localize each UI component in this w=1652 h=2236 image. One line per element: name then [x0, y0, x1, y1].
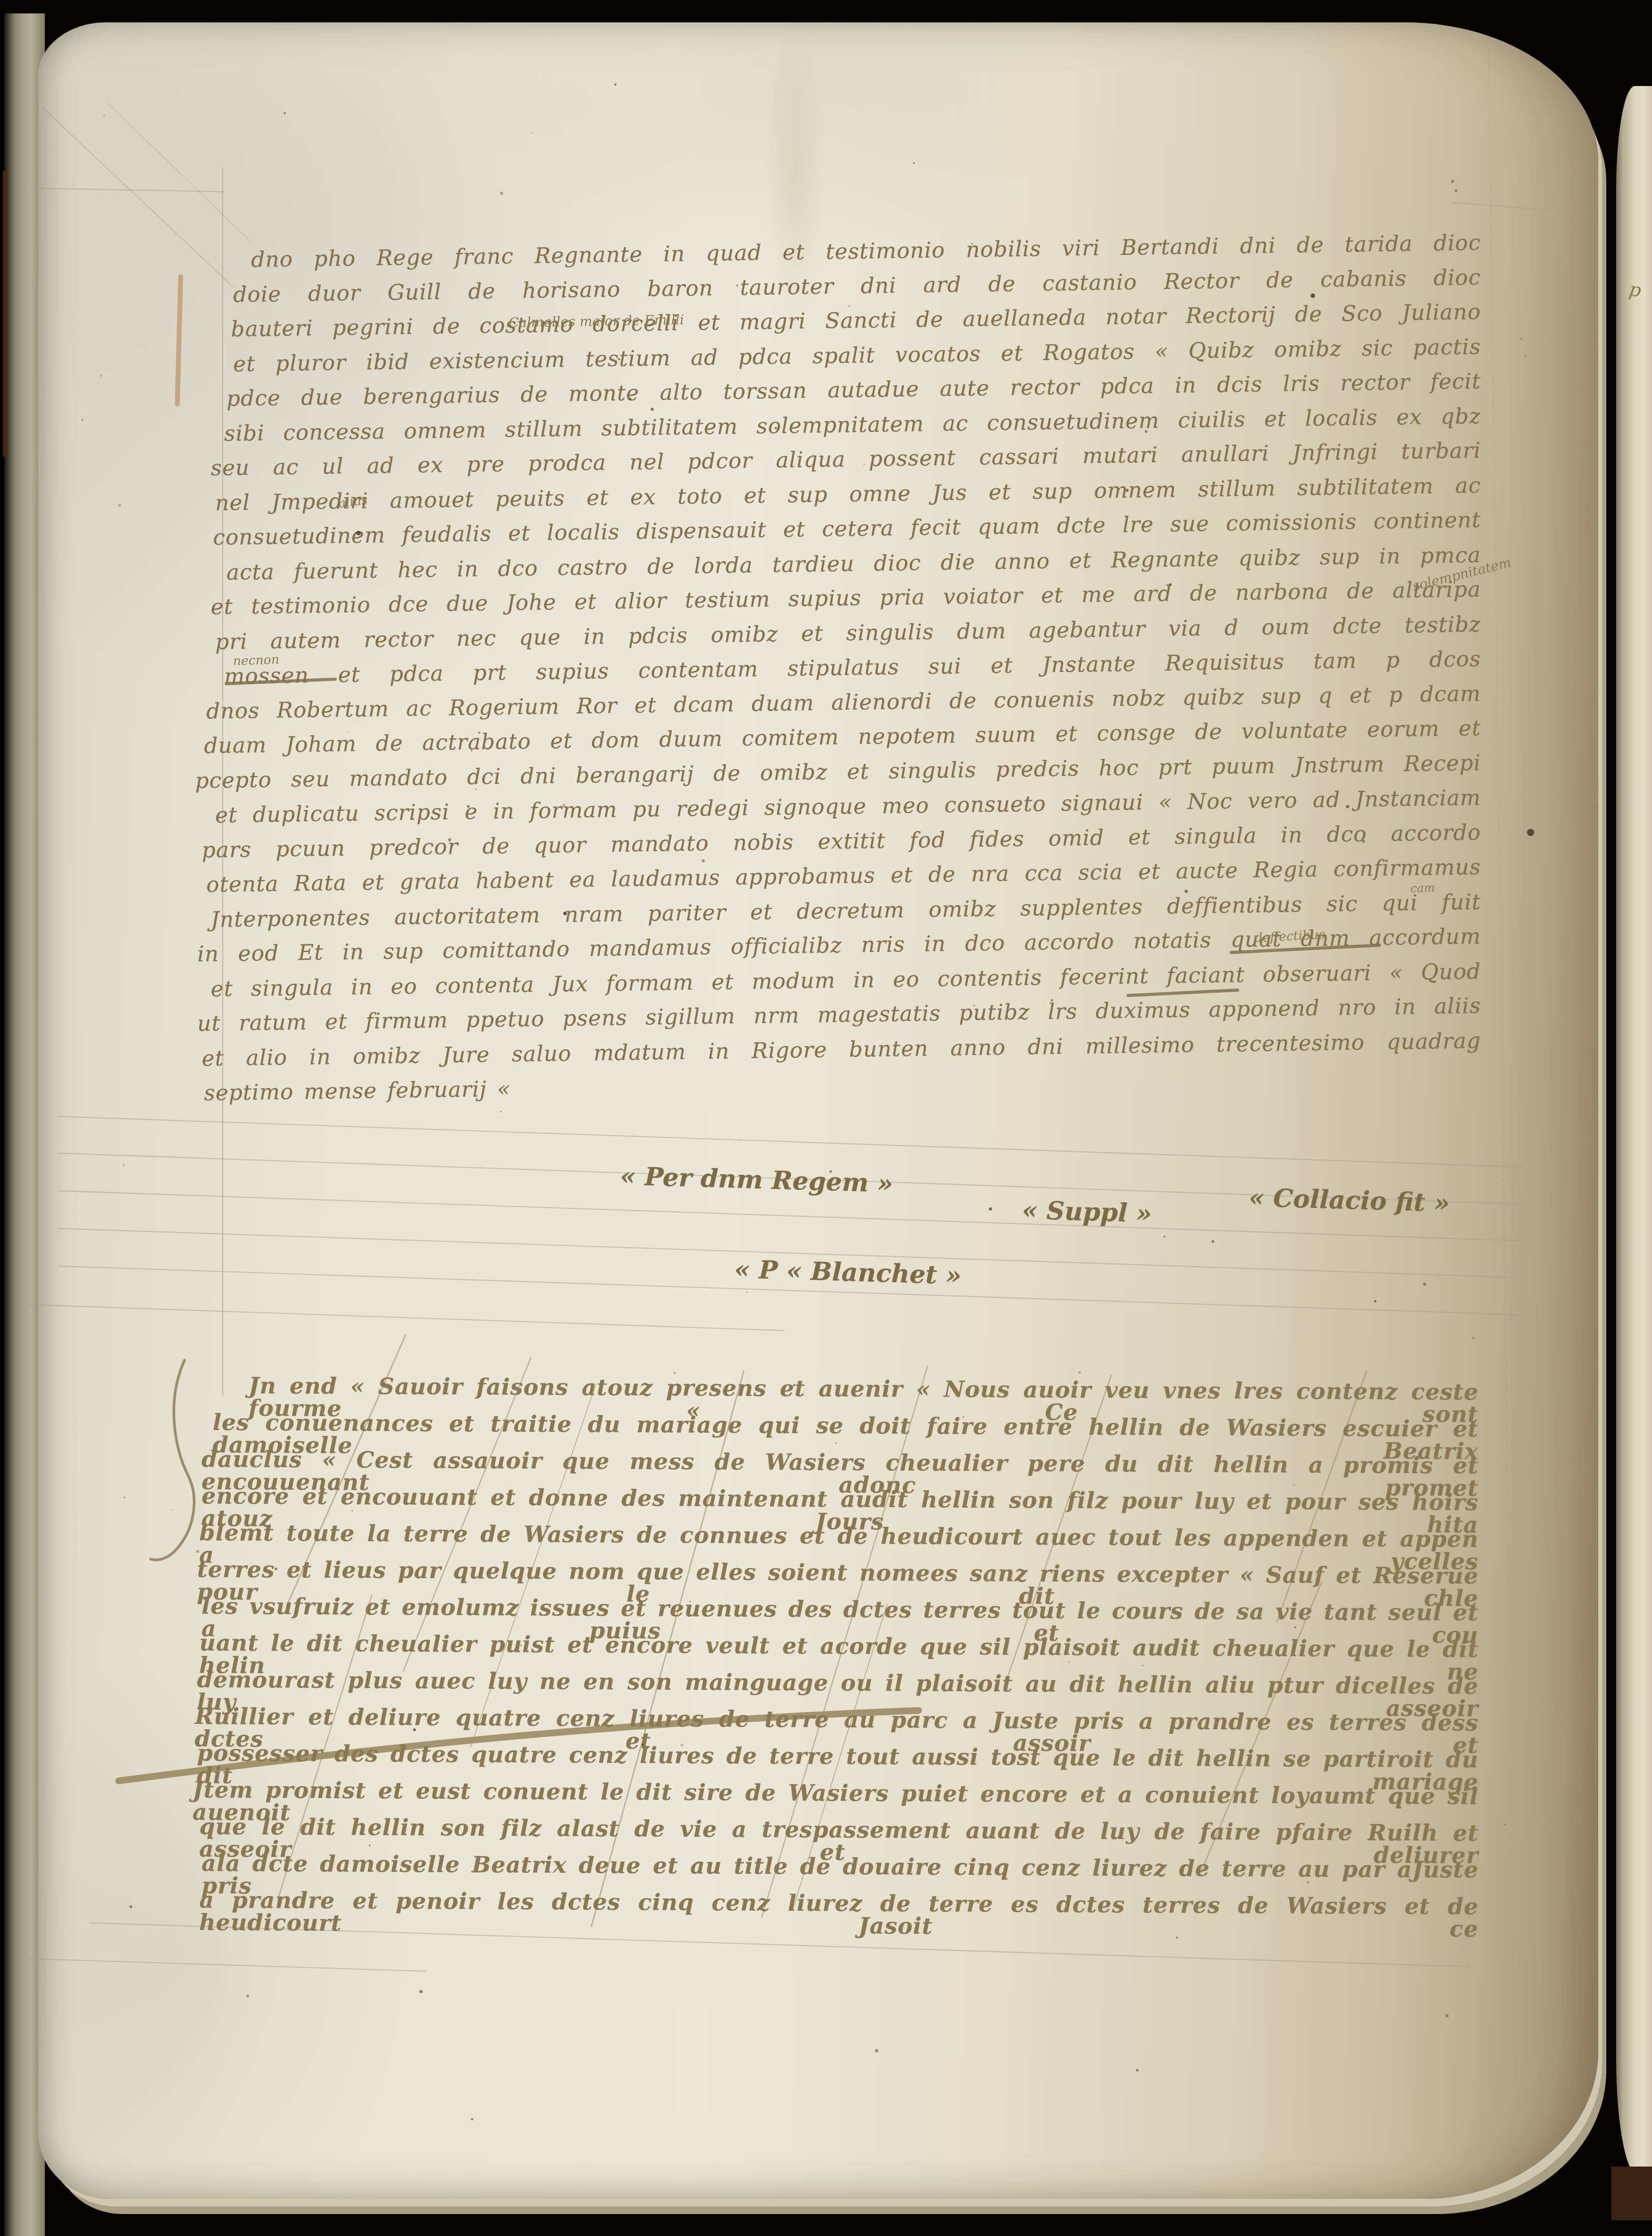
parchment-speck: [124, 1497, 125, 1498]
parchment-speck: [369, 1844, 371, 1846]
chancery-subscription: « Collacio fit »: [1248, 1183, 1450, 1218]
parchment-speck: [1525, 355, 1527, 357]
facing-page-edge: [1616, 86, 1652, 2176]
ink-blot: [1311, 293, 1315, 298]
ink-blot: [1527, 829, 1534, 836]
parchment-speck: [673, 1372, 676, 1374]
parchment-speck: [875, 2049, 878, 2052]
photo-scene: dno pho Rege franc Regnante in quad et t…: [0, 0, 1652, 2236]
parchment-speck: [1169, 583, 1172, 586]
parchment-speck: [702, 859, 705, 862]
chancery-subscription: « P « Blanchet »: [734, 1254, 962, 1290]
parchment-speck: [642, 1744, 643, 1745]
parchment-speck: [474, 740, 476, 741]
parchment-speck: [1356, 250, 1358, 252]
parchment-speck: [913, 162, 914, 164]
parchment-speck: [520, 1645, 522, 1646]
french-entry-line: a prandre et penoir les dctes cinq cenz …: [199, 1889, 1478, 1940]
parchment-speck: [1362, 840, 1365, 843]
parchment-speck: [118, 504, 121, 507]
binding-red-edge: [3, 170, 7, 457]
parchment-speck: [1068, 1661, 1070, 1663]
parchment-speck: [978, 1609, 980, 1611]
parchment-speck: [1520, 338, 1522, 340]
parchment-speck: [618, 358, 620, 360]
parchment-speck: [104, 115, 105, 116]
parchment-speck: [500, 192, 503, 195]
parchment-speck: [1307, 1424, 1309, 1427]
parchment-speck: [793, 1384, 795, 1386]
interlinear-annotation: deffectibus: [1254, 928, 1325, 944]
parchment-speck: [1346, 805, 1349, 808]
parchment-speck: [82, 419, 83, 421]
parchment-speck: [1176, 1937, 1178, 1939]
parchment-speck: [1145, 430, 1147, 433]
parchment-speck: [531, 132, 533, 134]
parchment-speck: [171, 1509, 173, 1511]
parchment-speck: [1455, 190, 1457, 192]
parchment-speck: [1451, 180, 1454, 183]
interlinear-annotation: cam: [1410, 882, 1436, 895]
parchment-speck: [1472, 1337, 1475, 1339]
parchment-speck: [1078, 1371, 1081, 1374]
parchment-speck: [1142, 1665, 1143, 1666]
interlinear-annotation: Calmelles maior de Emilli: [509, 314, 684, 330]
parchment-speck: [129, 1905, 132, 1908]
parchment-speck: [419, 1990, 423, 1993]
parchment-speck: [989, 1207, 992, 1211]
book-cover-corner: [1611, 2167, 1652, 2220]
parchment-speck: [614, 83, 617, 86]
chancery-subscription: « Suppl »: [1022, 1195, 1152, 1228]
parchment-speck: [746, 1292, 748, 1293]
parchment-speck: [1294, 1626, 1296, 1629]
parchment-speck: [351, 1510, 353, 1512]
parchment-speck: [1344, 1619, 1346, 1621]
parchment-speck: [1051, 999, 1053, 1001]
parchment-speck: [284, 112, 286, 114]
parchment-speck: [1423, 1283, 1426, 1286]
parchment-speck: [949, 1646, 951, 1649]
ink-blot: [356, 531, 361, 535]
parchment-speck: [848, 305, 850, 307]
parchment-speck: [478, 732, 480, 734]
ink-blot: [563, 912, 567, 915]
parchment-speck: [783, 1432, 785, 1434]
interlinear-annotation: necnon: [233, 653, 280, 668]
parchment-speck: [1505, 1824, 1506, 1825]
parchment-speck: [1185, 890, 1188, 893]
